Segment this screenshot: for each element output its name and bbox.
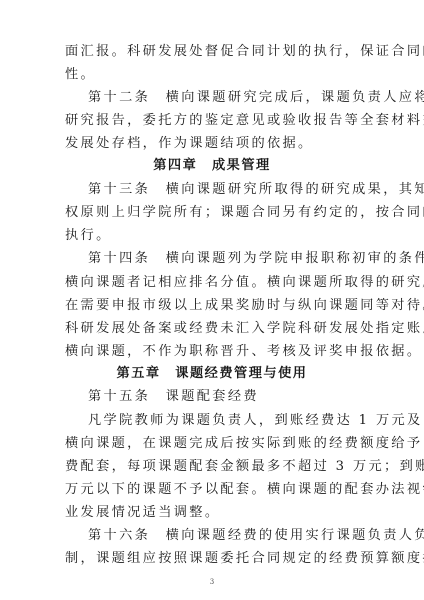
paragraph-line: 权原则上归学院所有；课题合同另有约定的，按合同的约定 (65, 205, 361, 221)
document-page: 面汇报。科研发展处督促合同计划的执行，保证合同的严肃 性。 第十二条 横向课题研… (0, 0, 424, 600)
article-14-line: 第十四条 横向课题列为学院申报职称初审的条件，有 (88, 251, 361, 267)
paragraph-line: 横向课题，在课题完成后按实际到账的经费额度给予 10%经 (65, 436, 361, 452)
chapter-5-heading: 第五章 课题经费管理与使用 (0, 366, 424, 382)
paragraph-line: 万元以下的课题不予以配套。横向课题的配套办法视学院事 (65, 482, 361, 498)
paragraph-line: 发展处存档，作为课题结项的依据。 (65, 136, 361, 152)
paragraph-line: 科研发展处备案或经费未汇入学院科研发展处指定账户的 (65, 321, 361, 337)
paragraph-line: 在需要申报市级以上成果奖励时与纵向课题同等对待。未在 (65, 298, 361, 314)
article-12-line: 第十二条 横向课题研究完成后，课题负责人应将课题 (88, 90, 361, 106)
paragraph-line: 执行。 (65, 228, 361, 244)
paragraph-line: 凡学院教师为课题负责人，到账经费达 1 万元及以上的 (88, 413, 361, 429)
paragraph-line: 横向课题，不作为职称晋升、考核及评奖申报依据。 (65, 344, 361, 360)
article-13-line: 第十三条 横向课题研究所取得的研究成果，其知识产 (88, 182, 361, 198)
paragraph-line: 研究报告，委托方的鉴定意见或验收报告等全套材料交科研 (65, 113, 361, 129)
article-15-line: 第十五条 课题配套经费 (88, 389, 361, 405)
paragraph-line: 面汇报。科研发展处督促合同计划的执行，保证合同的严肃 (65, 44, 361, 60)
page-number: 3 (0, 578, 424, 586)
paragraph-line: 性。 (65, 67, 361, 83)
chapter-4-heading: 第四章 成果管理 (0, 158, 424, 174)
paragraph-line: 业发展情况适当调整。 (65, 505, 361, 521)
article-16-line: 第十六条 横向课题经费的使用实行课题负责人负责 (88, 528, 361, 544)
paragraph-line: 费配套，每项课题配套金额最多不超过 3 万元；到账经费 1 (65, 459, 361, 475)
paragraph-line: 横向课题者记相应排名分值。横向课题所取得的研究成果， (65, 275, 361, 291)
paragraph-line: 制，课题组应按照课题委托合同规定的经费预算额度控制使 (65, 551, 361, 567)
